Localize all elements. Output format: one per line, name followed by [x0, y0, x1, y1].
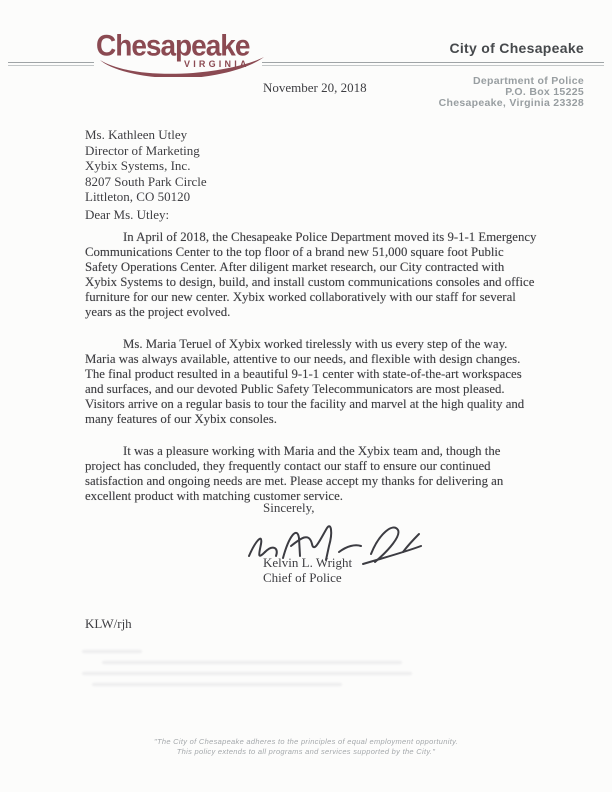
reference-initials: KLW/rjh [85, 616, 132, 632]
recipient-city-state-zip: Littleton, CO 50120 [85, 189, 207, 205]
recipient-street: 8207 South Park Circle [85, 174, 207, 190]
recipient-name: Ms. Kathleen Utley [85, 127, 207, 143]
footer-line-2: This policy extends to all programs and … [0, 747, 612, 757]
org-name: City of Chesapeake [449, 40, 584, 56]
logo-tagline: VIRGINIA [184, 59, 250, 69]
valediction: Sincerely, [263, 500, 463, 516]
department-address: Department of Police P.O. Box 15225 Ches… [439, 76, 584, 109]
recipient-title: Director of Marketing [85, 143, 207, 159]
paragraph-2: Ms. Maria Teruel of Xybix worked tireles… [85, 337, 537, 427]
recipient-address-block: Ms. Kathleen Utley Director of Marketing… [85, 127, 207, 205]
header-rule-left [8, 62, 94, 66]
letter-page: Chesapeake VIRGINIA City of Chesapeake D… [0, 0, 612, 792]
salutation: Dear Ms. Utley: [85, 207, 169, 223]
signer-name: Kelvin L. Wright [263, 555, 352, 571]
recipient-company: Xybix Systems, Inc. [85, 158, 207, 174]
header-rule-right [262, 62, 604, 66]
paragraph-3: It was a pleasure working with Maria and… [85, 444, 537, 504]
letter-body: In April of 2018, the Chesapeake Police … [85, 230, 537, 521]
chesapeake-logo: Chesapeake VIRGINIA [96, 33, 266, 75]
letter-date: November 20, 2018 [263, 80, 367, 96]
signer-title: Chief of Police [263, 570, 342, 586]
footer-line-1: "The City of Chesapeake adheres to the p… [0, 737, 612, 747]
paragraph-1: In April of 2018, the Chesapeake Police … [85, 230, 537, 320]
city-state-zip-line: Chesapeake, Virginia 23328 [439, 98, 584, 109]
closing-block: Sincerely, Kelvin L. Wright Chief of Pol… [263, 500, 463, 518]
scan-bleed-through-artifact [82, 650, 452, 694]
logo-wordmark: Chesapeake [96, 32, 266, 59]
footer-eeo-statement: "The City of Chesapeake adheres to the p… [0, 737, 612, 757]
